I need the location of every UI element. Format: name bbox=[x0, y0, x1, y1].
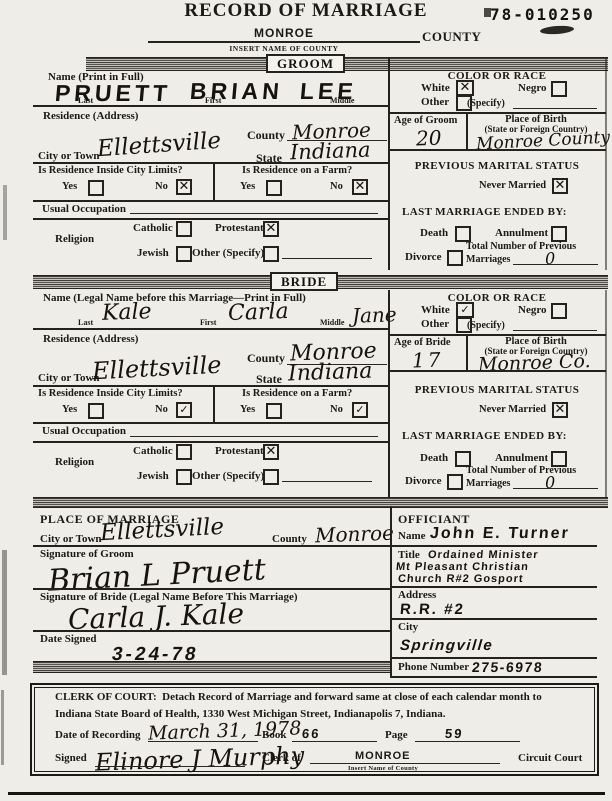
bride-negro-checkbox bbox=[551, 303, 567, 319]
form-line bbox=[213, 385, 215, 422]
groom-marital-status-header: PREVIOUS MARITAL STATUS bbox=[388, 160, 606, 172]
bride-residence-label: Residence (Address) bbox=[43, 333, 138, 345]
form-line bbox=[95, 766, 245, 767]
scan-artifact bbox=[1, 690, 4, 765]
groom-name-first: BRIAN bbox=[189, 78, 284, 105]
groom-signature-label: Signature of Groom bbox=[40, 548, 134, 560]
groom-city-limits-question: Is Residence Inside City Limits? bbox=[38, 165, 183, 176]
middle-sublabel: Middle bbox=[320, 318, 344, 327]
bride-city-yes-checkbox bbox=[88, 403, 104, 419]
bride-specify-label: (Specify) bbox=[467, 320, 505, 331]
groom-age-value: 20 bbox=[416, 126, 442, 151]
first-sublabel: First bbox=[200, 318, 216, 327]
bride-other-religion-checkbox bbox=[263, 469, 279, 485]
groom-other-religion-checkbox bbox=[263, 246, 279, 262]
bride-occupation-label: Usual Occupation bbox=[42, 425, 126, 437]
bride-catholic-label: Catholic bbox=[133, 445, 173, 457]
bride-city-no-checkbox: ✓ bbox=[176, 402, 192, 418]
groom-other-race-label: Other bbox=[421, 96, 449, 108]
clerk-of-label: Clerk of bbox=[262, 752, 301, 764]
form-line bbox=[33, 422, 388, 424]
book-label: Book bbox=[262, 729, 286, 741]
bride-city-yes-label: Yes bbox=[62, 404, 77, 415]
form-line bbox=[130, 213, 378, 214]
groom-divorce-checkbox bbox=[447, 250, 463, 266]
bride-age-label: Age of Bride bbox=[394, 337, 451, 348]
bride-other-religion-label: Other (Specify) bbox=[192, 470, 264, 482]
bride-name-first: Carla bbox=[228, 299, 289, 326]
bride-city-value: Ellettsville bbox=[91, 351, 222, 386]
county-label: COUNTY bbox=[422, 29, 481, 45]
place-city-label: City or Town bbox=[40, 533, 102, 545]
bride-divorce-checkbox bbox=[447, 474, 463, 490]
bride-annulment-label: Annulment bbox=[495, 452, 548, 464]
bride-other-race-label: Other bbox=[421, 318, 449, 330]
form-line bbox=[213, 162, 215, 200]
signed-label: Signed bbox=[55, 752, 87, 764]
officiant-address-value: R.R. #2 bbox=[399, 601, 465, 618]
groom-other-religion-label: Other (Specify) bbox=[192, 247, 264, 259]
clerk-instruction-1: Detach Record of Marriage and forward sa… bbox=[162, 691, 542, 703]
bride-farm-no-checkbox: ✓ bbox=[352, 402, 368, 418]
groom-religion-label: Religion bbox=[55, 233, 94, 245]
place-bottom-bar bbox=[33, 661, 390, 673]
book-value: 66 bbox=[301, 726, 321, 741]
bride-age-value: 17 bbox=[412, 347, 444, 372]
insert-county-note: INSERT NAME OF COUNTY bbox=[148, 44, 420, 53]
groom-farm-no-label: No bbox=[330, 181, 343, 192]
place-city-value: Ellettsville bbox=[99, 514, 224, 546]
groom-farm-yes-checkbox bbox=[266, 180, 282, 196]
bride-jewish-label: Jewish bbox=[137, 470, 169, 482]
ink-blob bbox=[540, 25, 574, 35]
officiant-name-label: Name bbox=[398, 530, 426, 542]
officiant-title-line2: Mt Pleasant Christian bbox=[395, 561, 529, 573]
page-label: Page bbox=[385, 729, 408, 741]
groom-protestant-label: Protestant bbox=[215, 222, 264, 234]
bride-county-label: County bbox=[247, 351, 285, 366]
officiant-city-value: Springville bbox=[399, 637, 494, 654]
date-signed-label: Date Signed bbox=[40, 633, 97, 645]
bride-negro-label: Negro bbox=[518, 304, 547, 316]
bride-city-no-label: No bbox=[155, 404, 168, 415]
groom-negro-checkbox bbox=[551, 81, 567, 97]
form-line bbox=[33, 545, 390, 547]
form-line bbox=[390, 586, 597, 588]
groom-total-value: 0 bbox=[545, 249, 556, 268]
officiant-phone-value: 275-6978 bbox=[471, 659, 544, 675]
bride-never-married-checkbox: ✕ bbox=[552, 402, 568, 418]
clerk-of-county-value: MONROE bbox=[355, 750, 411, 762]
groom-never-married-checkbox: ✕ bbox=[552, 178, 568, 194]
marriage-record-scan: RECORD OF MARRIAGE MONROE COUNTY INSERT … bbox=[0, 0, 612, 801]
groom-white-checkbox: ✕ bbox=[456, 80, 474, 96]
groom-divorce-label: Divorce bbox=[405, 251, 441, 263]
form-line bbox=[282, 258, 372, 259]
clerk-insert-county-note: Insert Name of County bbox=[348, 765, 418, 772]
groom-state-value: Indiana bbox=[290, 138, 371, 165]
form-line bbox=[513, 488, 598, 489]
form-line bbox=[390, 545, 597, 547]
bride-ended-header: LAST MARRIAGE ENDED BY: bbox=[402, 430, 567, 442]
groom-annulment-label: Annulment bbox=[495, 227, 548, 239]
form-line bbox=[388, 370, 606, 372]
bride-city-label: City or Town bbox=[38, 372, 100, 384]
bride-catholic-checkbox bbox=[176, 444, 192, 460]
bride-divorce-label: Divorce bbox=[405, 475, 441, 487]
groom-farm-yes-label: Yes bbox=[240, 181, 255, 192]
bride-farm-yes-checkbox bbox=[266, 403, 282, 419]
groom-farm-no-checkbox: ✕ bbox=[352, 179, 368, 195]
form-line bbox=[33, 162, 388, 164]
clerk-header: CLERK OF COURT: bbox=[55, 691, 157, 703]
groom-state-label: State bbox=[256, 151, 282, 166]
groom-death-checkbox bbox=[455, 226, 471, 242]
page-value: 59 bbox=[444, 726, 464, 741]
groom-negro-label: Negro bbox=[518, 82, 547, 94]
place-county-value: Monroe bbox=[315, 521, 395, 548]
groom-city-label: City or Town bbox=[38, 150, 100, 162]
bride-never-married-label: Never Married bbox=[479, 404, 546, 415]
groom-death-label: Death bbox=[420, 227, 448, 239]
form-line bbox=[130, 436, 378, 437]
bride-protestant-label: Protestant bbox=[215, 445, 264, 457]
bride-farm-yes-label: Yes bbox=[240, 404, 255, 415]
stamp-mark bbox=[484, 8, 491, 17]
form-line bbox=[33, 328, 388, 330]
record-number-stamp: 78-010250 bbox=[490, 5, 595, 24]
groom-city-yes-label: Yes bbox=[62, 181, 77, 192]
form-line bbox=[33, 200, 388, 202]
scan-artifact bbox=[3, 185, 7, 240]
form-line bbox=[388, 149, 606, 151]
officiant-address-label: Address bbox=[398, 589, 436, 601]
groom-occupation-label: Usual Occupation bbox=[42, 203, 126, 215]
bride-section-label: BRIDE bbox=[270, 272, 338, 291]
groom-protestant-checkbox: ✕ bbox=[263, 221, 279, 237]
form-line bbox=[390, 676, 597, 678]
form-line bbox=[33, 385, 388, 387]
bride-total-label-2: Marriages bbox=[466, 478, 510, 489]
place-county-label: County bbox=[272, 533, 307, 545]
officiant-phone-label: Phone Number bbox=[398, 661, 469, 673]
groom-age-label: Age of Groom bbox=[394, 115, 457, 126]
groom-total-label-1: Total Number of Previous bbox=[466, 241, 576, 252]
last-sublabel: Last bbox=[78, 96, 93, 105]
county-line bbox=[148, 41, 420, 43]
form-line bbox=[415, 741, 520, 742]
bride-religion-label: Religion bbox=[55, 456, 94, 468]
bride-farm-no-label: No bbox=[330, 404, 343, 415]
groom-race-header: COLOR OR RACE bbox=[388, 70, 606, 82]
groom-specify-label: (Specify) bbox=[467, 98, 505, 109]
recording-date-label: Date of Recording bbox=[55, 729, 141, 741]
form-line bbox=[390, 618, 597, 620]
groom-name-last: PRUETT bbox=[54, 80, 172, 107]
form-line bbox=[33, 105, 388, 107]
bride-birth-value: Monroe Co. bbox=[478, 350, 591, 376]
bride-total-label-1: Total Number of Previous bbox=[466, 465, 576, 476]
groom-residence-label: Residence (Address) bbox=[43, 110, 138, 122]
groom-total-label-2: Marriages bbox=[466, 254, 510, 265]
form-line bbox=[148, 741, 258, 742]
bride-name-middle: Jane bbox=[352, 302, 397, 328]
groom-white-label: White bbox=[421, 82, 450, 94]
circuit-court-label: Circuit Court bbox=[518, 752, 582, 764]
groom-ended-header: LAST MARRIAGE ENDED BY: bbox=[402, 206, 567, 218]
groom-city-no-checkbox: ✕ bbox=[176, 179, 192, 195]
officiant-city-label: City bbox=[398, 621, 418, 633]
form-line bbox=[282, 481, 372, 482]
officiant-title-line3: Church R#2 Gosport bbox=[397, 573, 524, 585]
form-line bbox=[292, 741, 377, 742]
groom-catholic-label: Catholic bbox=[133, 222, 173, 234]
middle-sublabel: Middle bbox=[330, 96, 354, 105]
groom-city-no-label: No bbox=[155, 181, 168, 192]
scan-edge-line bbox=[8, 792, 605, 795]
bride-race-header: COLOR OR RACE bbox=[388, 292, 606, 304]
groom-farm-question: Is Residence on a Farm? bbox=[242, 165, 352, 176]
form-line bbox=[513, 330, 597, 331]
bride-farm-question: Is Residence on a Farm? bbox=[242, 388, 352, 399]
bride-state-value: Indiana bbox=[288, 359, 373, 387]
form-line bbox=[33, 630, 390, 632]
groom-catholic-checkbox bbox=[176, 221, 192, 237]
bride-white-label: White bbox=[421, 304, 450, 316]
bride-white-checkbox: ✓ bbox=[456, 302, 474, 318]
groom-never-married-label: Never Married bbox=[479, 180, 546, 191]
form-line bbox=[513, 108, 597, 109]
groom-city-value: Ellettsville bbox=[96, 128, 222, 163]
county-name-typed: MONROE bbox=[148, 26, 420, 40]
last-sublabel: Last bbox=[78, 318, 93, 327]
form-line bbox=[513, 264, 598, 265]
form-line bbox=[33, 218, 388, 220]
form-line bbox=[390, 506, 392, 678]
officiant-name-value: John E. Turner bbox=[429, 525, 570, 543]
scan-artifact bbox=[2, 550, 7, 675]
bride-name-last: Kale bbox=[102, 299, 152, 326]
bride-marital-status-header: PREVIOUS MARITAL STATUS bbox=[388, 384, 606, 396]
groom-section-bar bbox=[86, 57, 608, 71]
groom-jewish-checkbox bbox=[176, 246, 192, 262]
form-line bbox=[33, 441, 388, 443]
groom-annulment-checkbox bbox=[551, 226, 567, 242]
bride-city-limits-question: Is Residence Inside City Limits? bbox=[38, 388, 183, 399]
section-divider-bar bbox=[33, 497, 608, 508]
bride-total-value: 0 bbox=[545, 473, 556, 492]
form-line bbox=[33, 588, 390, 590]
groom-city-yes-checkbox bbox=[88, 180, 104, 196]
officiant-title-label: Title bbox=[398, 549, 420, 561]
groom-section-label: GROOM bbox=[266, 54, 345, 73]
officiant-title-line1: Ordained Minister bbox=[427, 549, 539, 561]
bride-protestant-checkbox: ✕ bbox=[263, 444, 279, 460]
bride-jewish-checkbox bbox=[176, 469, 192, 485]
groom-county-label: County bbox=[247, 128, 285, 143]
bride-death-label: Death bbox=[420, 452, 448, 464]
groom-jewish-label: Jewish bbox=[137, 247, 169, 259]
first-sublabel: First bbox=[205, 96, 221, 105]
